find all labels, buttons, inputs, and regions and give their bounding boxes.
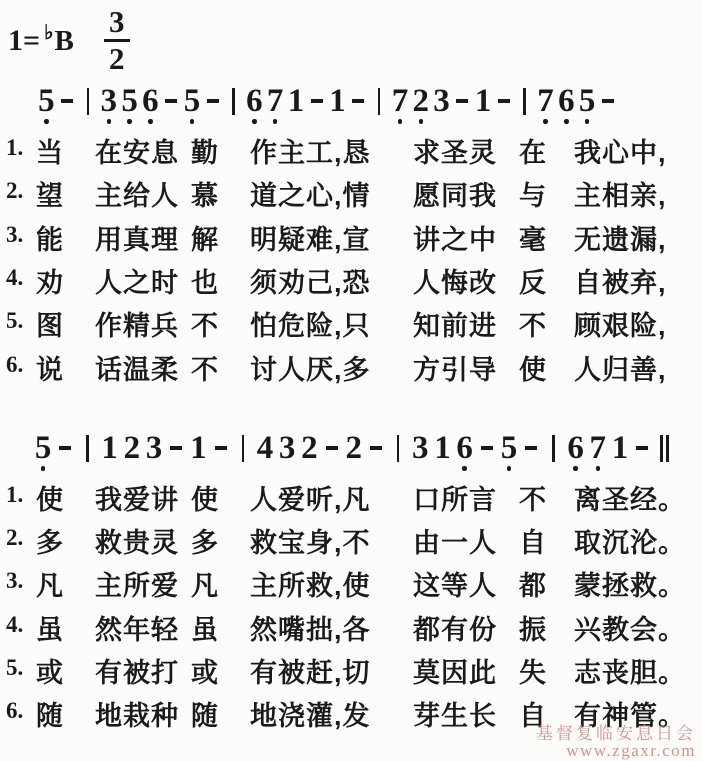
lyric-cell: 这等人 <box>413 564 497 603</box>
lyric-cell: 都 <box>519 564 547 603</box>
barline <box>78 86 99 116</box>
jianpu-line-1: 5356567117231765 <box>36 86 618 116</box>
barline <box>514 86 535 116</box>
lyric-cell: 讨人厌,多 <box>250 348 371 387</box>
note-1: 1 <box>327 86 348 116</box>
lyric-cell: 话温柔 <box>95 348 179 387</box>
lyric-cell: 在 <box>519 131 547 170</box>
lyric-cell: 主所爱 <box>95 564 179 603</box>
low-octave-dot <box>107 119 112 124</box>
dash-bar <box>311 99 323 103</box>
dash <box>598 86 619 116</box>
lyric-cell: 使 <box>36 478 64 517</box>
verse-number: 6. <box>6 698 23 724</box>
lyric-cell: 蒙拯救。 <box>574 564 686 603</box>
lyric-cell: 人归善, <box>574 348 667 387</box>
dash <box>348 86 369 116</box>
barline <box>76 433 98 463</box>
low-octave-dot <box>419 119 424 124</box>
note-6-low: 6 <box>454 433 476 463</box>
lyric-cell: 都有份 <box>413 608 497 647</box>
lyric-cell: 莫因此 <box>413 651 497 690</box>
barline-bar <box>552 435 555 462</box>
note-7-low: 7 <box>587 433 609 463</box>
low-octave-dot <box>462 466 467 471</box>
note-2: 2 <box>121 433 143 463</box>
barline-bar <box>232 88 235 115</box>
low-octave-dot <box>44 119 49 124</box>
verse-number: 3. <box>6 568 23 594</box>
note-1: 1 <box>609 433 631 463</box>
lyric-cell: 由一人 <box>413 521 497 560</box>
note-4: 4 <box>254 433 276 463</box>
lyric-cell: 主相亲, <box>574 174 667 213</box>
lyric-cell: 与 <box>519 174 547 213</box>
lyric-cell: 然嘴拙,各 <box>250 608 371 647</box>
lyric-cell: 自 <box>519 521 547 560</box>
dash-bar <box>165 99 177 103</box>
dash-bar <box>636 446 648 450</box>
time-signature-numerator: 3 <box>104 6 130 42</box>
dash-bar <box>352 99 364 103</box>
note-2-low: 2 <box>410 86 431 116</box>
verse-number: 1. <box>6 482 23 508</box>
note-3-low: 3 <box>98 86 119 116</box>
dash-bar <box>525 446 537 450</box>
low-octave-dot <box>252 119 257 124</box>
dash-bar <box>602 99 614 103</box>
verse-line: 5.或有被打或有被赶,切莫因此失志丧胆。 <box>0 651 702 683</box>
lyric-cell: 然年轻 <box>95 608 179 647</box>
low-octave-dot <box>273 119 278 124</box>
note-5-low: 5 <box>577 86 598 116</box>
lyric-cell: 不 <box>191 348 219 387</box>
dash <box>476 433 498 463</box>
jianpu-line-2: 5123143223165671 <box>32 433 675 463</box>
dash-bar <box>215 446 227 450</box>
dash <box>631 433 653 463</box>
dash <box>57 86 78 116</box>
lyric-cell: 勤 <box>191 131 219 170</box>
lyric-cell: 望 <box>36 174 64 213</box>
verse-number: 5. <box>6 655 23 681</box>
note-5-low: 5 <box>36 86 57 116</box>
verse-number: 4. <box>6 265 23 291</box>
lyric-cell: 失 <box>519 651 547 690</box>
low-octave-dot <box>148 119 153 124</box>
barline <box>223 86 244 116</box>
lyric-cell: 道之心,情 <box>250 174 371 213</box>
time-signature-denominator: 2 <box>104 42 130 75</box>
lyric-cell: 方引导 <box>413 348 497 387</box>
lyric-cell: 愿同我 <box>413 174 497 213</box>
key-letter: B <box>55 25 74 57</box>
low-octave-dot <box>585 119 590 124</box>
verse-number: 6. <box>6 352 23 378</box>
barline-bar <box>242 435 245 462</box>
note-1: 1 <box>473 86 494 116</box>
final-barline-bars <box>660 435 669 462</box>
note-2: 2 <box>343 433 365 463</box>
barline-bar <box>397 435 400 462</box>
lyric-cell: 讲之中 <box>413 218 497 257</box>
verse-line: 4.劝人之时也须劝己,恐人悔改反自被弃, <box>0 261 702 293</box>
dash <box>520 433 542 463</box>
lyric-cell: 说 <box>36 348 64 387</box>
dash <box>494 86 515 116</box>
lyric-cell: 志丧胆。 <box>574 651 686 690</box>
lyric-cell: 明疑难,宣 <box>250 218 371 257</box>
lyric-cell: 凡 <box>191 564 219 603</box>
verse-number: 4. <box>6 612 23 638</box>
note-1: 1 <box>99 433 121 463</box>
dash <box>202 86 223 116</box>
lyric-cell: 有被打 <box>95 651 179 690</box>
dash-bar <box>326 446 338 450</box>
verse-line: 3.凡主所爱凡主所救,使这等人都蒙拯救。 <box>0 564 702 596</box>
lyric-cell: 兴教会。 <box>574 608 686 647</box>
dash <box>320 433 342 463</box>
lyric-cell: 作主工,恳 <box>250 131 371 170</box>
lyric-cell: 不 <box>191 304 219 343</box>
lyric-cell: 我爱讲 <box>95 478 179 517</box>
lyric-cell: 顾艰险, <box>574 304 667 343</box>
lyric-cell: 毫 <box>519 218 547 257</box>
note-3: 3 <box>276 433 298 463</box>
lyric-cell: 须劝己,恐 <box>250 261 371 300</box>
verse-line: 2.多救贵灵多救宝身,不由一人自取沉沦。 <box>0 521 702 553</box>
note-6-low: 6 <box>244 86 265 116</box>
note-3: 3 <box>431 86 452 116</box>
low-octave-dot <box>596 466 601 471</box>
note-3: 3 <box>409 433 431 463</box>
note-6-low: 6 <box>140 86 161 116</box>
lyric-cell: 不 <box>519 304 547 343</box>
note-3: 3 <box>143 433 165 463</box>
dash <box>306 86 327 116</box>
lyric-cell: 慕 <box>191 174 219 213</box>
lyric-cell: 解 <box>191 218 219 257</box>
lyric-cell: 使 <box>519 348 547 387</box>
verse-line: 1.当在安息勤作主工,恳求圣灵在我心中, <box>0 131 702 163</box>
final-barline <box>653 433 675 463</box>
lyric-cell: 救宝身,不 <box>250 521 371 560</box>
low-octave-dot <box>573 466 578 471</box>
lyric-cell: 随 <box>191 694 219 733</box>
lyric-cell: 在安息 <box>95 131 179 170</box>
barline-bar <box>378 88 381 115</box>
dash <box>365 433 387 463</box>
lyric-cell: 口所言 <box>413 478 497 517</box>
verse-number: 2. <box>6 525 23 551</box>
lyric-cell: 反 <box>519 261 547 300</box>
lyric-cell: 或 <box>36 651 64 690</box>
note-7-low: 7 <box>535 86 556 116</box>
low-octave-dot <box>41 466 46 471</box>
note-6-low: 6 <box>565 433 587 463</box>
lyric-cell: 凡 <box>36 564 64 603</box>
dash <box>165 433 187 463</box>
low-octave-dot <box>543 119 548 124</box>
key-prefix: 1= <box>8 24 40 57</box>
sheet-music-page: 1=♭B 3 2 5356567117231765 51231432231656… <box>0 0 702 761</box>
lyric-cell: 无遗漏, <box>574 218 667 257</box>
lyric-cell: 多 <box>191 521 219 560</box>
dash-bar <box>61 99 73 103</box>
verse-number: 1. <box>6 135 23 161</box>
verse-number: 2. <box>6 178 23 204</box>
lyric-cell: 主给人 <box>95 174 179 213</box>
key-signature: 1=♭B <box>8 24 74 58</box>
note-1: 1 <box>431 433 453 463</box>
lyric-cell: 或 <box>191 651 219 690</box>
barline-bar <box>87 88 90 115</box>
lyric-cell: 自被弃, <box>574 261 667 300</box>
lyric-cell: 地浇灌,发 <box>250 694 371 733</box>
lyric-cell: 有被赶,切 <box>250 651 371 690</box>
lyric-cell: 作精兵 <box>95 304 179 343</box>
lyric-cell: 求圣灵 <box>413 131 497 170</box>
lyric-cell: 劝 <box>36 261 64 300</box>
dash-bar <box>207 99 219 103</box>
lyric-cell: 怕危险,只 <box>250 304 371 343</box>
lyric-cell: 虽 <box>36 608 64 647</box>
note-5-low: 5 <box>498 433 520 463</box>
low-octave-dot <box>398 119 403 124</box>
barline <box>369 86 390 116</box>
lyric-cell: 我心中, <box>574 131 667 170</box>
dash-bar <box>170 446 182 450</box>
lyric-cell: 取沉沦。 <box>574 521 686 560</box>
note-6-low: 6 <box>556 86 577 116</box>
lyric-cell: 用真理 <box>95 218 179 257</box>
lyric-cell: 随 <box>36 694 64 733</box>
lyric-cell: 地栽种 <box>95 694 179 733</box>
note-5-low: 5 <box>182 86 203 116</box>
dash-bar <box>59 446 71 450</box>
low-octave-dot <box>564 119 569 124</box>
watermark-url: www.zgaxr.com <box>566 741 696 761</box>
low-octave-dot <box>507 466 512 471</box>
barline-bar <box>86 435 89 462</box>
lyric-cell: 芽生长 <box>413 694 497 733</box>
verse-line: 2.望主给人慕道之心,情愿同我与主相亲, <box>0 174 702 206</box>
lyric-cell: 人之时 <box>95 261 179 300</box>
lyric-cell: 使 <box>191 478 219 517</box>
dash <box>161 86 182 116</box>
lyric-cell: 当 <box>36 131 64 170</box>
verse-number: 3. <box>6 222 23 248</box>
dash-bar <box>456 99 468 103</box>
note-1: 1 <box>187 433 209 463</box>
low-octave-dot <box>127 119 132 124</box>
dash-bar <box>481 446 493 450</box>
barline <box>387 433 409 463</box>
lyric-cell: 也 <box>191 261 219 300</box>
lyric-cell: 虽 <box>191 608 219 647</box>
dash-bar <box>498 99 510 103</box>
note-7-low: 7 <box>265 86 286 116</box>
lyric-cell: 人爱听,凡 <box>250 478 371 517</box>
verse-line: 4.虽然年轻虽然嘴拙,各都有份振兴教会。 <box>0 608 702 640</box>
lyric-cell: 知前进 <box>413 304 497 343</box>
lyric-cell: 不 <box>519 478 547 517</box>
note-2: 2 <box>298 433 320 463</box>
lyric-cell: 离圣经。 <box>574 478 686 517</box>
lyric-cell: 人悔改 <box>413 261 497 300</box>
lyric-cell: 主所救,使 <box>250 564 371 603</box>
barline-bar <box>523 88 526 115</box>
verse-line: 3.能用真理解明疑难,宣讲之中毫无遗漏, <box>0 218 702 250</box>
barline <box>232 433 254 463</box>
verse-line: 1.使我爱讲使人爱听,凡口所言不离圣经。 <box>0 478 702 510</box>
dash <box>452 86 473 116</box>
lyric-cell: 救贵灵 <box>95 521 179 560</box>
dash <box>54 433 76 463</box>
lyric-cell: 振 <box>519 608 547 647</box>
low-octave-dot <box>190 119 195 124</box>
barline <box>542 433 564 463</box>
note-1: 1 <box>286 86 307 116</box>
time-signature: 3 2 <box>104 6 130 74</box>
lyric-cell: 能 <box>36 218 64 257</box>
lyric-cell: 图 <box>36 304 64 343</box>
note-5-low: 5 <box>119 86 140 116</box>
dash-bar <box>370 446 382 450</box>
note-7-low: 7 <box>390 86 411 116</box>
flat-icon: ♭ <box>44 20 53 45</box>
lyric-cell: 多 <box>36 521 64 560</box>
verse-number: 5. <box>6 308 23 334</box>
dash <box>210 433 232 463</box>
note-5-low: 5 <box>32 433 54 463</box>
verse-line: 6.说话温柔不讨人厌,多方引导使人归善, <box>0 348 702 380</box>
verse-line: 5.图作精兵不怕危险,只知前进不顾艰险, <box>0 304 702 336</box>
